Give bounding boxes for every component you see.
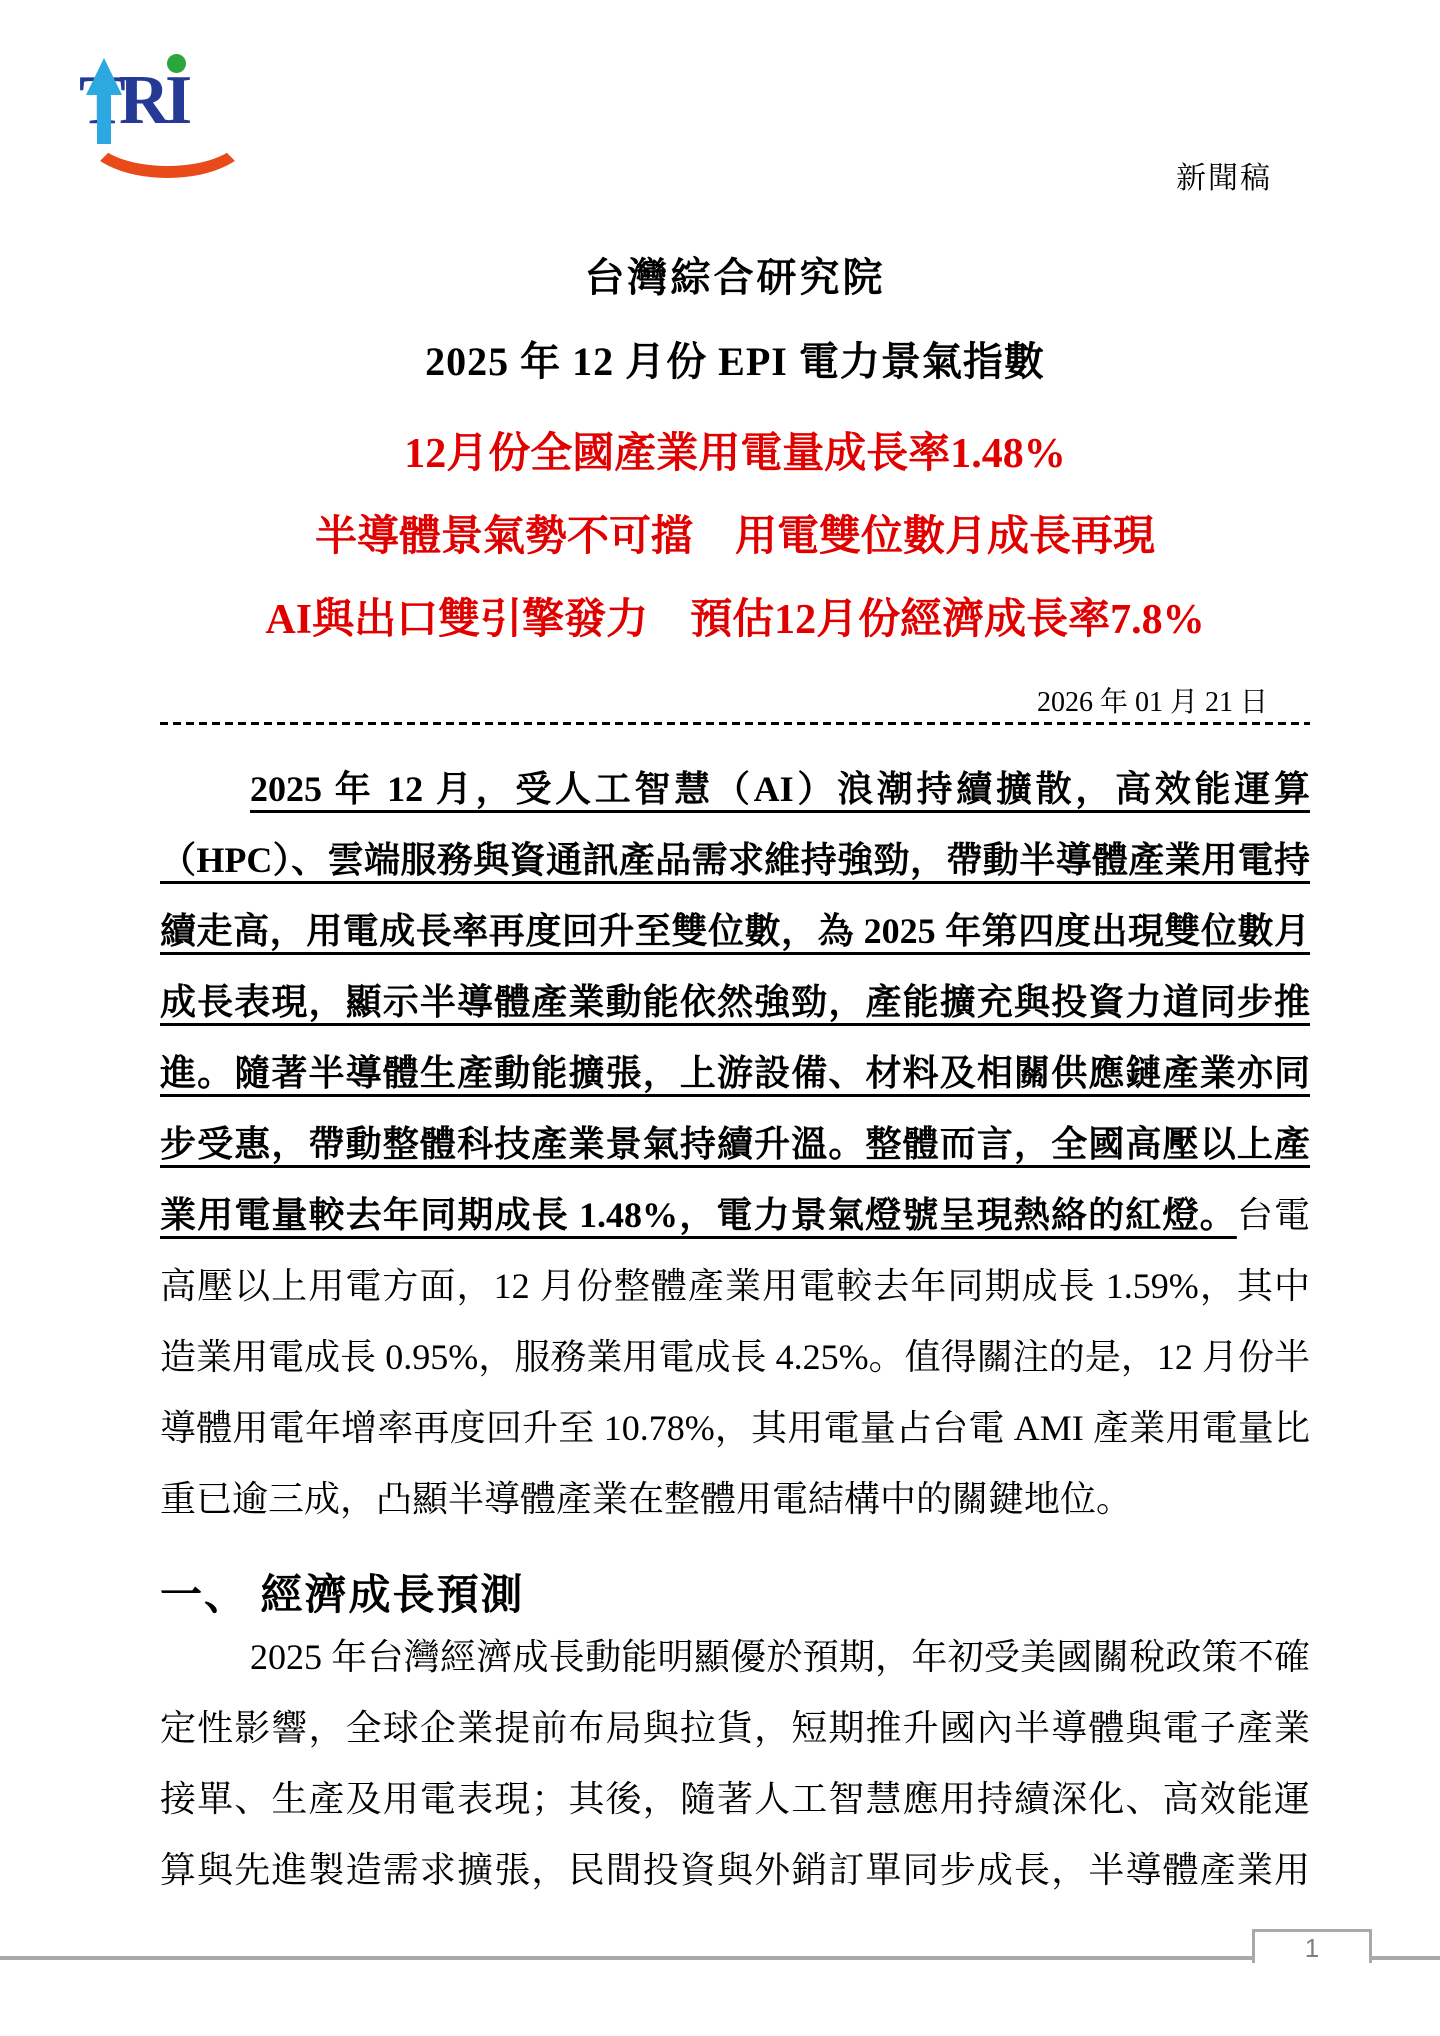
body-text-segment: 成長表現，顯示半導體產業動能依然強勁，產能擴充與投資力道同步推	[160, 982, 1310, 1022]
body-line: 續走高，用電成長率再度回升至雙位數，為 2025 年第四度出現雙位數月	[160, 896, 1310, 967]
body-text-segment: 重已逾三成，凸顯半導體產業在整體用電結構中的關鍵地位。	[160, 1479, 1132, 1519]
body-text-segment: 接單、生產及用電表現；其後，隨著人工智慧應用持續深化、高效能運	[160, 1779, 1310, 1819]
headline-2: 半導體景氣勢不可擋 用電雙位數月成長再現	[160, 503, 1310, 563]
headline-1: 12月份全國產業用電量成長率1.48%	[160, 420, 1310, 480]
body-text-segment: 業用電量較去年同期成長 1.48%，電力景氣燈號呈現熱絡的紅燈。	[160, 1195, 1237, 1235]
logo-green-dot-icon	[167, 54, 186, 73]
body-line: 接單、生產及用電表現；其後，隨著人工智慧應用持續深化、高效能運	[160, 1764, 1310, 1835]
logo-smile-arc-icon	[83, 92, 252, 178]
tri-logo: T R I	[75, 40, 245, 175]
body-text-segment: 導體用電年增率再度回升至 10.78%，其用電量占台電 AMI 產業用電量比	[160, 1408, 1310, 1448]
body-line: 2025 年 12 月，受人工智慧（AI）浪潮持續擴散，高效能運算	[160, 754, 1310, 825]
logo-up-arrow-icon	[86, 58, 122, 95]
body-line: 算與先進製造需求擴張，民間投資與外銷訂單同步成長，半導體產業用	[160, 1835, 1310, 1906]
body-text-segment: 造業用電成長 0.95%，服務業用電成長 4.25%。值得關注的是，12 月份半	[160, 1337, 1310, 1377]
page-number: 1	[1305, 1933, 1319, 1963]
body-text-segment: （HPC）、雲端服務與資通訊產品需求維持強勁，帶動半導體產業用電持	[160, 840, 1310, 880]
body-text-segment: 續走高，用電成長率再度回升至雙位數，為 2025 年第四度出現雙位數月	[160, 911, 1310, 951]
body-text-segment: 進。隨著半導體生產動能擴張，上游設備、材料及相關供應鏈產業亦同	[160, 1053, 1310, 1093]
headline-3: AI與出口雙引擎發力 預估12月份經濟成長率7.8%	[160, 586, 1310, 646]
body-text-segment: 步受惠，帶動整體科技產業景氣持續升溫。整體而言，全國高壓以上產	[160, 1124, 1310, 1164]
body-line: 造業用電成長 0.95%，服務業用電成長 4.25%。值得關注的是，12 月份半	[160, 1322, 1310, 1393]
report-title: 2025 年 12 月份 EPI 電力景氣指數	[160, 330, 1310, 387]
body-line: 重已逾三成，凸顯半導體產業在整體用電結構中的關鍵地位。	[160, 1464, 1310, 1535]
body-line: （HPC）、雲端服務與資通訊產品需求維持強勁，帶動半導體產業用電持	[160, 825, 1310, 896]
body-line: 高壓以上用電方面，12 月份整體產業用電較去年同期成長 1.59%，其中製	[160, 1251, 1310, 1322]
body-text-segment: 高壓以上用電方面，12 月份整體產業用電較去年同期成長 1.59%，其中製	[160, 1266, 1310, 1322]
body-text-segment: 2025 年台灣經濟成長動能明顯優於預期，年初受美國關稅政策不確	[250, 1637, 1310, 1677]
footer-rule	[0, 1956, 1440, 1960]
body-text-segment: 算與先進製造需求擴張，民間投資與外銷訂單同步成長，半導體產業用	[160, 1850, 1310, 1890]
page-number-tab: 1	[1252, 1929, 1372, 1963]
dashed-divider	[160, 722, 1310, 725]
body-line: 導體用電年增率再度回升至 10.78%，其用電量占台電 AMI 產業用電量比	[160, 1393, 1310, 1464]
lead-paragraph: 2025 年 12 月，受人工智慧（AI）浪潮持續擴散，高效能運算（HPC）、雲…	[160, 754, 1310, 1535]
date-line: 2026 年 01 月 21 日	[160, 680, 1268, 720]
section-heading: 一、 經濟成長預測	[160, 1562, 525, 1622]
body-text-segment: 定性影響，全球企業提前布局與拉貨，短期推升國內半導體與電子產業	[160, 1708, 1310, 1748]
press-release-page: T R I 新聞稿 台灣綜合研究院 2025 年 12 月份 EPI 電力景氣指…	[0, 0, 1440, 2036]
body-line: 定性影響，全球企業提前布局與拉貨，短期推升國內半導體與電子產業	[160, 1693, 1310, 1764]
body-line: 進。隨著半導體生產動能擴張，上游設備、材料及相關供應鏈產業亦同	[160, 1038, 1310, 1109]
org-title: 台灣綜合研究院	[160, 246, 1310, 303]
body-line: 業用電量較去年同期成長 1.48%，電力景氣燈號呈現熱絡的紅燈。台電	[160, 1180, 1310, 1251]
body-line: 成長表現，顯示半導體產業動能依然強勁，產能擴充與投資力道同步推	[160, 967, 1310, 1038]
document-kind-label: 新聞稿	[1176, 153, 1272, 197]
body-line: 2025 年台灣經濟成長動能明顯優於預期，年初受美國關稅政策不確	[160, 1622, 1310, 1693]
body-text-segment: 台電	[1237, 1195, 1310, 1235]
second-paragraph: 2025 年台灣經濟成長動能明顯優於預期，年初受美國關稅政策不確定性影響，全球企…	[160, 1622, 1310, 1906]
body-text-segment: 2025 年 12 月，受人工智慧（AI）浪潮持續擴散，高效能運算	[250, 769, 1310, 809]
body-line: 步受惠，帶動整體科技產業景氣持續升溫。整體而言，全國高壓以上產	[160, 1109, 1310, 1180]
